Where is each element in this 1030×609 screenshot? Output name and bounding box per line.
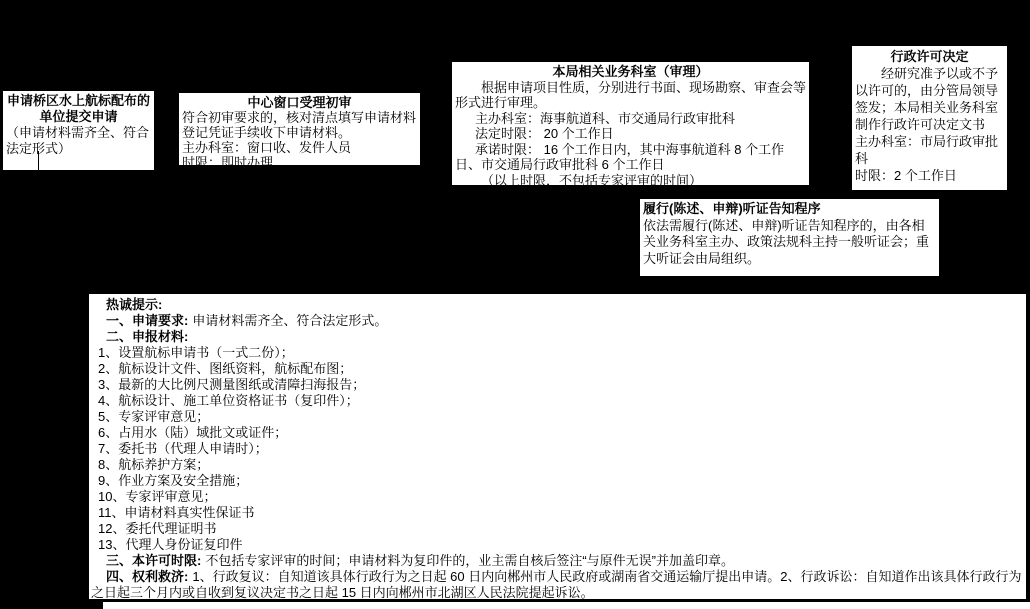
- notice-item: 11、申请材料真实性保证书: [98, 505, 1022, 521]
- flow-box-decision: 行政许可决定 经研究准予以或不予以许可的，由分管局领导签发；本局相关业务科室制作…: [851, 45, 1008, 191]
- flow-box-hearing: 履行(陈述、申辩)听证告知程序 依法需履行(陈述、申辩)听证告知程序的，由各相关…: [638, 197, 941, 278]
- notice-item: 2、航标设计文件、图纸资料，航标配布图；: [98, 361, 1022, 377]
- flow-box-hearing-line1: 依法需履行(陈述、申辩)听证告知程序的，由各相关业务科室主办、政策法规科主持一般…: [643, 218, 936, 268]
- flow-box-review-line4: 承诺时限： 16 个工作日内，其中海事航道科 8 个工作日、市交通局行政审批科 …: [455, 142, 806, 173]
- notice-section-1-label: 一、申请要求:: [106, 313, 188, 328]
- notice-item: 3、最新的大比例尺测量图纸或清障扫海报告；: [98, 377, 1022, 393]
- notice-section-1-text: 申请材料需齐全、符合法定形式。: [192, 313, 387, 328]
- flow-box-decision-line3: 时限：2 个工作日: [855, 167, 1004, 184]
- flow-box-decision-line1: 经研究准予以或不予以许可的，由分管局领导签发；本局相关业务科室制作行政许可决定文…: [855, 65, 1004, 133]
- flow-box-apply-title-line2: 单位提交申请: [6, 109, 151, 125]
- notice-section-4: 四、权利救济:1、行政复议：自知道该具体行政行为之日起 60 日内向郴州市人民政…: [91, 569, 1022, 601]
- notice-item: 7、委托书（代理人申请时）；: [98, 441, 1022, 457]
- notice-section-4-text: 1、行政复议：自知道该具体行政行为之日起 60 日内向郴州市人民政府或湖南省交通…: [91, 569, 1022, 600]
- notice-item: 1、设置航标申请书（一式二份）；: [98, 345, 1022, 361]
- notice-item: 13、代理人身份证复印件: [98, 537, 1022, 553]
- notice-item: 5、专家评审意见；: [98, 409, 1022, 425]
- flow-box-window: 中心窗口受理初审 符合初审要求的，核对清点填写申请材料登记凭证手续收下申请材料。…: [178, 92, 421, 166]
- notice-item: 4、航标设计、施工单位资格证书（复印件）；: [98, 393, 1022, 409]
- flow-box-window-line1: 符合初审要求的，核对清点填写申请材料登记凭证手续收下申请材料。: [182, 110, 417, 140]
- flow-box-review-title: 本局相关业务科室（审理）: [455, 64, 806, 80]
- notice-item: 8、航标养护方案；: [98, 457, 1022, 473]
- notice-section-2-label: 二、申报材料:: [106, 329, 1022, 345]
- notice-section-3-label: 三、本许可时限:: [106, 553, 201, 568]
- notice-box: 热诚提示: 一、申请要求:申请材料需齐全、符合法定形式。 二、申报材料: 1、设…: [87, 292, 1028, 601]
- flow-box-review-line3: 法定时限： 20 个工作日: [455, 126, 806, 142]
- flow-box-review-line2: 主办科室：海事航道科、市交通局行政审批科: [455, 111, 806, 127]
- flow-box-review: 本局相关业务科室（审理） 根据申请项目性质，分别进行书面、现场勘察、审查会等形式…: [451, 61, 810, 186]
- bottom-white-strip: [103, 602, 1030, 609]
- notice-item: 6、占用水（陆）域批文或证件；: [98, 425, 1022, 441]
- flow-box-window-line3: 时限：即时办理: [182, 155, 417, 170]
- notice-section-4-label: 四、权利救济:: [106, 569, 188, 584]
- notice-title: 热诚提示:: [106, 297, 1022, 313]
- flow-box-window-line2: 主办科室：窗口收、发件人员: [182, 140, 417, 155]
- flow-box-apply: 申请桥区水上航标配布的 单位提交申请 （申请材料需齐全、符合法定形式）: [2, 90, 155, 171]
- flow-box-review-line5: （以上时限，不包括专家评审的时间）: [455, 173, 806, 189]
- notice-section-1: 一、申请要求:申请材料需齐全、符合法定形式。: [106, 313, 1022, 329]
- connector-line-down: [38, 151, 39, 170]
- flow-box-decision-title: 行政许可决定: [855, 48, 1004, 65]
- flow-box-window-title: 中心窗口受理初审: [182, 95, 417, 110]
- notice-item: 9、作业方案及安全措施；: [98, 473, 1022, 489]
- notice-item: 10、专家评审意见；: [98, 489, 1022, 505]
- flowchart-canvas: 申请桥区水上航标配布的 单位提交申请 （申请材料需齐全、符合法定形式） 中心窗口…: [0, 0, 1030, 609]
- notice-section-3-text: 不包括专家评审的时间；申请材料为复印件的，业主需自核后签注“与原件无误”并加盖印…: [205, 553, 734, 568]
- flow-box-hearing-title: 履行(陈述、申辩)听证告知程序: [643, 201, 936, 218]
- notice-item: 12、委托代理证明书: [98, 521, 1022, 537]
- flow-box-review-line1: 根据申请项目性质，分别进行书面、现场勘察、审查会等形式进行审理。: [455, 80, 806, 111]
- flow-box-apply-title-line1: 申请桥区水上航标配布的: [6, 93, 151, 109]
- notice-section-3: 三、本许可时限:不包括专家评审的时间；申请材料为复印件的，业主需自核后签注“与原…: [91, 553, 1022, 569]
- flow-box-apply-body: （申请材料需齐全、符合法定形式）: [6, 125, 151, 157]
- flow-box-decision-line2: 主办科室：市局行政审批科: [855, 133, 1004, 167]
